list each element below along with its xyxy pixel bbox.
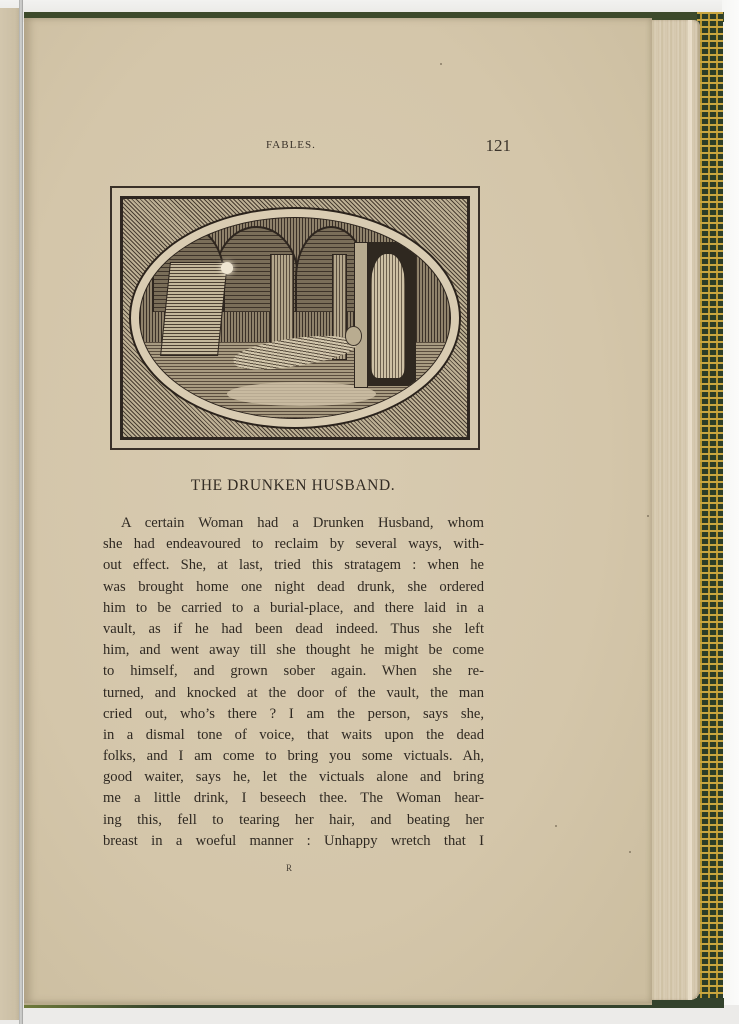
story-title: THE DRUNKEN HUSBAND. [110,477,476,495]
text-line: him, and went away till she thought he m… [103,640,484,661]
text-line: breast in a woeful manner : Unhappy wret… [103,831,484,852]
oval-vignette-border [129,207,461,429]
text-line: good waiter, says he, let the victuals a… [103,767,484,788]
page-block-edges [648,20,700,1000]
story-text: A certain Woman had a Drunken Husband, w… [103,513,484,852]
paper-speck [440,63,442,65]
paper-speck [555,825,557,827]
engraving-illustration [110,186,480,450]
text-line: me a little drink, I beseech thee. The W… [103,788,484,809]
text-line: A certain Woman had a Drunken Husband, w… [103,513,484,534]
book-cradle-rod [19,0,23,1024]
text-line: ing this, fell to tearing her hair, and … [103,810,484,831]
text-line: she had endeavoured to reclaim by severa… [103,534,484,555]
signature-mark: R [286,863,293,873]
running-title: FABLES. [266,139,316,151]
running-head: FABLES. 121 [266,136,511,156]
text-line: folks, and I am come to bring you some v… [103,746,484,767]
gilt-binding-edge [697,12,723,1008]
text-line: cried out, who’s there ? I am the person… [103,704,484,725]
text-line: him to be carried to a burial-place, and… [103,598,484,619]
scan-background-right [722,0,739,1024]
text-line: to himself, and grown sober again. When … [103,661,484,682]
paper-speck [647,515,649,517]
text-line: was brought home one night dead drunk, s… [103,577,484,598]
woman-figure [371,254,405,378]
vault-scene [139,217,451,419]
paper-speck [629,851,631,853]
page-number: 121 [486,136,512,156]
text-line: in a dismal tone of voice, that waits up… [103,725,484,746]
ornamental-frame [120,196,470,440]
tomb-monument [160,262,228,356]
lamp-icon [221,262,233,274]
text-line: out effect. She, at last, tried this str… [103,555,484,576]
vault-door [354,242,368,388]
text-line: vault, as if he had been dead indeed. Th… [103,619,484,640]
husband-head [345,326,363,346]
text-line: turned, and knocked at the door of the v… [103,683,484,704]
book-page: FABLES. 121 [24,18,652,1005]
